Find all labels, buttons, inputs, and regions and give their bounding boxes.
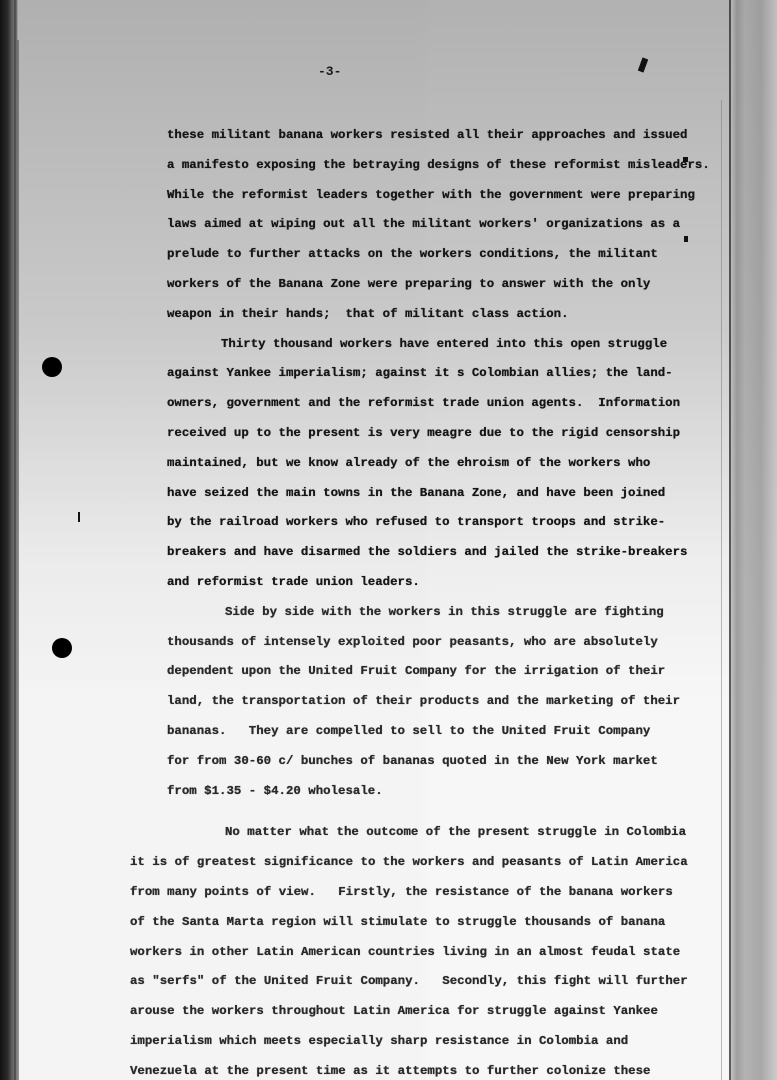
text-line: prelude to further attacks on the worker… [167,240,687,270]
ink-speck [78,512,80,522]
text-line: by the railroad workers who refused to t… [167,508,687,538]
text-line: as "serfs" of the United Fruit Company. … [130,967,687,997]
text-line: have seized the main towns in the Banana… [167,479,687,509]
text-line: workers in other Latin American countrie… [130,938,687,968]
text-line: and reformist trade union leaders. [167,568,687,598]
text-line: from $1.35 - $4.20 wholesale. [167,777,687,807]
text-line: these militant banana workers resisted a… [167,121,687,151]
paragraph-start-line: No matter what the outcome of the presen… [167,818,687,848]
text-line: Venezuela at the present time as it atte… [130,1057,687,1080]
text-line: weapon in their hands; that of militant … [167,300,687,330]
text-line: against Yankee imperialism; against it s… [167,359,687,389]
left-page-edge-shadow [0,0,14,1080]
paragraph-gap [167,806,687,818]
text-line: While the reformist leaders together wit… [167,181,687,211]
text-line: of the Santa Marta region will stimulate… [130,908,687,938]
text-line: arouse the workers throughout Latin Amer… [130,997,687,1027]
text-line: received up to the present is very meagr… [167,419,687,449]
text-line: maintained, but we know already of the e… [167,449,687,479]
page-number: -3- [318,64,341,79]
punch-hole-top [42,357,62,377]
ink-blot-mark [638,57,648,72]
document-body: these militant banana workers resisted a… [167,121,687,1080]
text-line: workers of the Banana Zone were preparin… [167,270,687,300]
right-page-fold-shadow [731,0,777,1080]
text-line: laws aimed at wiping out all the militan… [167,210,687,240]
text-line: dependent upon the United Fruit Company … [167,657,687,687]
text-line: breakers and have disarmed the soldiers … [167,538,687,568]
text-line: a manifesto exposing the betraying desig… [167,151,687,181]
text-line: imperialism which meets especially sharp… [130,1027,687,1057]
text-line: it is of greatest significance to the wo… [130,848,687,878]
right-margin-line [729,0,731,1080]
text-line: thousands of intensely exploited poor pe… [167,628,687,658]
paragraph-start-line: Thirty thousand workers have entered int… [167,330,687,360]
text-line: bananas. They are compelled to sell to t… [167,717,687,747]
scanned-document-page: -3- these militant banana workers resist… [0,0,777,1080]
text-line: land, the transportation of their produc… [167,687,687,717]
paragraph-start-line: Side by side with the workers in this st… [167,598,687,628]
right-margin-faint-line [721,100,722,1080]
punch-hole-bottom [52,638,72,658]
text-line: owners, government and the reformist tra… [167,389,687,419]
text-line: for from 30-60 c/ bunches of bananas quo… [167,747,687,777]
left-margin-line [17,40,19,1080]
text-line: from many points of view. Firstly, the r… [130,878,687,908]
